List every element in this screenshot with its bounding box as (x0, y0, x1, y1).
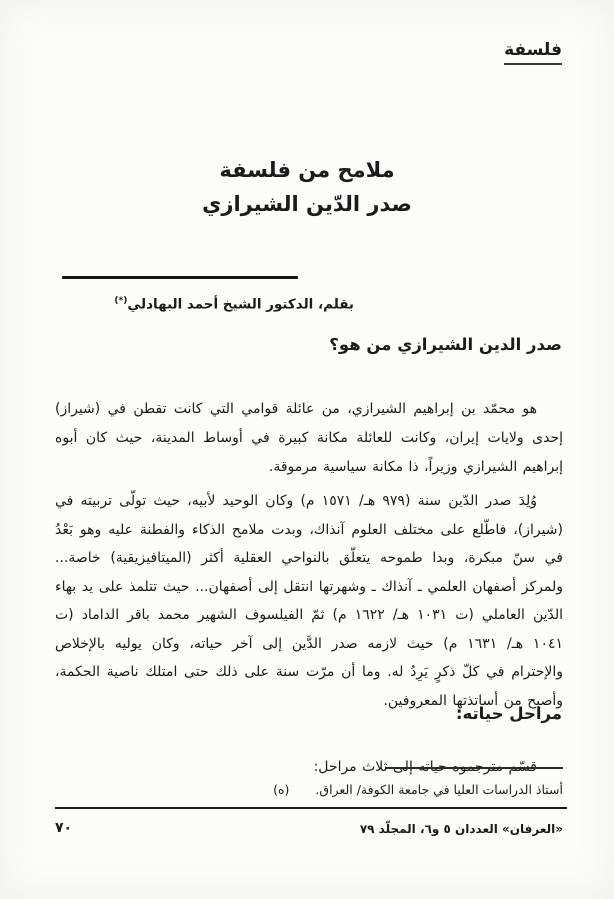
byline-footnote-marker: (*) (114, 296, 127, 306)
footnote-divider (386, 767, 563, 769)
category-label: فلسفة (504, 40, 562, 65)
page-number: ٧٠ (55, 820, 72, 836)
author-byline: بقلم، الدكتور الشيخ أحمد البهادلي(*) (62, 289, 354, 317)
paragraph-birth-and-education: وُلِدَ صدر الدّين سنة (٩٧٩ هـ/ ١٥٧١ م) و… (55, 487, 563, 715)
section-heading-who-is-he: صدر الدين الشيرازي من هو؟ (329, 335, 562, 354)
scanned-journal-page: فلسفة ملامح من فلسفة صدر الدّين الشيرازي… (0, 0, 614, 899)
footnote-text: أستاذ الدراسات العليا في جامعة الكوفة/ ا… (315, 780, 563, 800)
footer-divider (55, 807, 567, 809)
article-title-line2: صدر الدّين الشيرازي (0, 187, 614, 221)
footnote-marker: (ه) (273, 780, 289, 800)
journal-issue-info: «العرفان» العددان ٥ و٦، المجلّد ٧٩ (360, 822, 563, 836)
footnote: أستاذ الدراسات العليا في جامعة الكوفة/ ا… (273, 780, 563, 800)
article-title: ملامح من فلسفة صدر الدّين الشيرازي (0, 153, 614, 221)
paragraph-family-origin: هو محمّد بن إبراهيم الشيرازي، من عائلة ق… (55, 395, 563, 482)
section-heading-life-stages: مراحل حياته: (456, 704, 562, 723)
article-title-line1: ملامح من فلسفة (0, 153, 614, 187)
byline-divider (62, 276, 298, 279)
byline-text: بقلم، الدكتور الشيخ أحمد البهادلي (127, 297, 354, 313)
